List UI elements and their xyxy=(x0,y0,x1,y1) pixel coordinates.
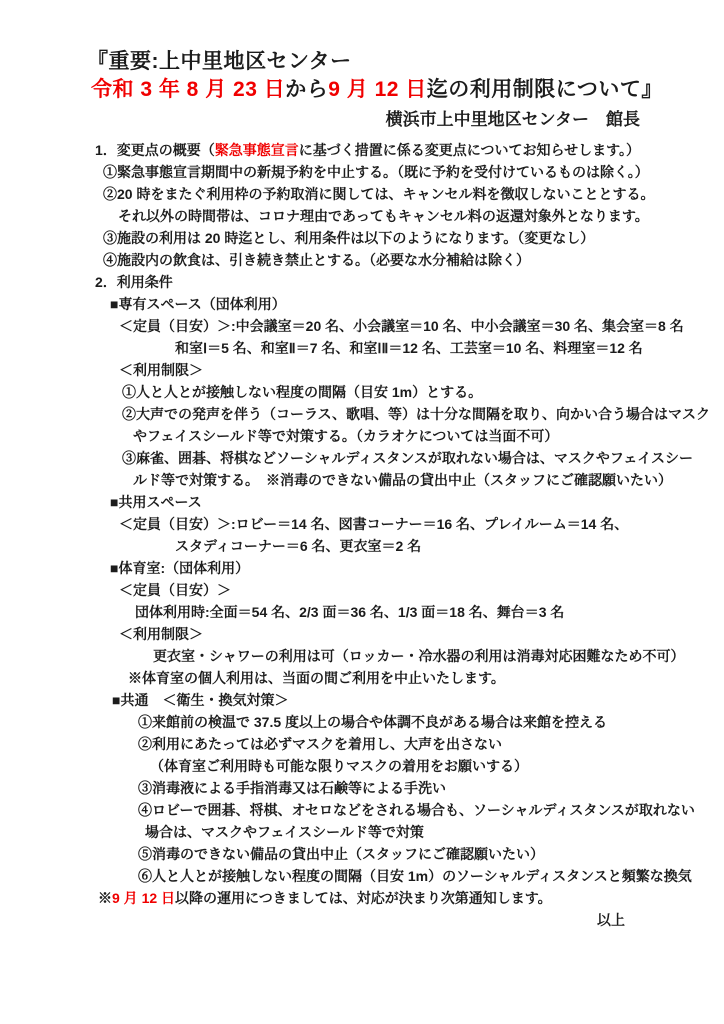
doc-line: ③消毒液による手指消毒又は石鹸等による手洗い xyxy=(138,777,640,799)
doc-line: 1．変更点の概要（緊急事態宣言に基づく措置に係る変更点についてお知らせします。） xyxy=(95,139,640,161)
text-segment: ＜利用制限＞ xyxy=(119,362,203,378)
text-segment: ※ xyxy=(98,890,112,906)
doc-line: ■専有スペース（団体利用） xyxy=(110,293,640,315)
text-segment: ②20 時をまたぐ利用枠の予約取消に関しては、キャンセル料を徴収しないこととする… xyxy=(103,186,654,202)
doc-line: ③麻雀、囲碁、将棋などソーシャルディスタンスが取れない場合は、マスクやフェイスシ… xyxy=(122,447,640,469)
text-segment: ④ロビーで囲碁、将棋、オセロなどをされる場合も、ソーシャルディスタンスが取れない xyxy=(138,802,695,818)
red-text-segment: 令和 3 年 8 月 23 日 xyxy=(91,78,285,101)
doc-line: （体育室ご利用時も可能な限りマスクの着用をお願いする） xyxy=(150,755,640,777)
doc-line: ②大声での発声を伴う（コーラス、歌唱、等）は十分な間隔を取り、向かい合う場合はマ… xyxy=(122,403,640,425)
doc-line: ①人と人とが接触しない程度の間隔（目安 1m）とする。 xyxy=(122,381,640,403)
text-segment: ④施設内の飲食は、引き続き禁止とする。（必要な水分補給は除く） xyxy=(103,252,530,268)
doc-line: 2．利用条件 xyxy=(95,271,640,293)
text-segment: ＜定員（目安）＞:中会議室＝20 名、小会議室＝10 名、中小会議室＝30 名、… xyxy=(119,318,684,334)
document-body: 1．変更点の概要（緊急事態宣言に基づく措置に係る変更点についてお知らせします。）… xyxy=(95,139,640,909)
text-segment: ⑥人と人とが接触しない程度の間隔（目安 1m）のソーシャルディスタンスと頻繁な換… xyxy=(138,868,692,884)
text-segment: ③麻雀、囲碁、将棋などソーシャルディスタンスが取れない場合は、マスクやフェイスシ… xyxy=(122,450,693,466)
text-segment: ■共通 ＜衛生・換気対策＞ xyxy=(112,692,288,708)
text-segment: ■専有スペース（団体利用） xyxy=(110,296,286,312)
document-title: 『重要:上中里地区センター 令和 3 年 8 月 23 日から9 月 12 日迄… xyxy=(95,48,640,105)
text-segment: に基づく措置に係る変更点についてお知らせします。） xyxy=(299,142,640,158)
text-segment: （体育室ご利用時も可能な限りマスクの着用をお願いする） xyxy=(150,758,528,774)
text-segment: ⑤消毒のできない備品の貸出中止（スタッフにご確認願いたい） xyxy=(138,846,544,862)
doc-line: ※体育室の個人利用は、当面の間ご利用を中止いたします。 xyxy=(128,667,640,689)
text-segment: 和室Ⅰ＝5 名、和室Ⅱ＝7 名、和室ⅠⅡ＝12 名、工芸室＝10 名、料理室＝1… xyxy=(175,340,643,356)
doc-line: 団体利用時:全面＝54 名、2/3 面＝36 名、1/3 面＝18 名、舞台＝3… xyxy=(135,601,640,623)
text-segment: 迄の利用制限について』 xyxy=(427,78,663,101)
text-segment: 2．利用条件 xyxy=(95,274,173,290)
doc-line: 更衣室・シャワーの利用は可（ロッカー・冷水器の利用は消毒対応困難なため不可） xyxy=(153,645,640,667)
text-segment: ＜定員（目安）＞:ロビー＝14 名、図書コーナー＝16 名、プレイルーム＝14 … xyxy=(119,516,628,532)
text-segment: 場合は、マスクやフェイスシールド等で対策 xyxy=(145,824,424,840)
red-text-segment: 9 月 12 日 xyxy=(328,78,427,101)
text-segment: ②利用にあたっては必ずマスクを着用し、大声を出さない xyxy=(138,736,502,752)
text-segment: ＜利用制限＞ xyxy=(119,626,203,642)
text-segment: ■共用スペース xyxy=(110,494,202,510)
doc-line: ■体育室:（団体利用） xyxy=(110,557,640,579)
doc-line: ④施設内の飲食は、引き続き禁止とする。（必要な水分補給は除く） xyxy=(103,249,640,271)
document-page: 『重要:上中里地区センター 令和 3 年 8 月 23 日から9 月 12 日迄… xyxy=(0,0,724,1024)
text-segment: 更衣室・シャワーの利用は可（ロッカー・冷水器の利用は消毒対応困難なため不可） xyxy=(153,648,684,664)
doc-line: ⑥人と人とが接触しない程度の間隔（目安 1m）のソーシャルディスタンスと頻繁な換… xyxy=(138,865,640,887)
doc-line: ＜定員（目安）＞ xyxy=(119,579,640,601)
doc-line: ⑤消毒のできない備品の貸出中止（スタッフにご確認願いたい） xyxy=(138,843,640,865)
document-content: 『重要:上中里地区センター 令和 3 年 8 月 23 日から9 月 12 日迄… xyxy=(95,48,640,931)
doc-line: それ以外の時間帯は、コロナ理由であってもキャンセル料の返還対象外となります。 xyxy=(118,205,640,227)
text-segment: ＜定員（目安）＞ xyxy=(119,582,231,598)
doc-line: ①来館前の検温で 37.5 度以上の場合や体調不良がある場合は来館を控える xyxy=(138,711,640,733)
text-segment: ■体育室:（団体利用） xyxy=(110,560,249,576)
text-segment: ①緊急事態宣言期間中の新規予約を中止する。（既に予約を受付けているものは除く。） xyxy=(103,164,649,180)
doc-line: ■共通 ＜衛生・換気対策＞ xyxy=(112,689,640,711)
text-segment: ルド等で対策する。 ※消毒のできない備品の貸出中止（スタッフにご確認願いたい） xyxy=(133,472,672,488)
text-segment: ②大声での発声を伴う（コーラス、歌唱、等）は十分な間隔を取り、向かい合う場合はマ… xyxy=(122,406,710,422)
doc-line: ④ロビーで囲碁、将棋、オセロなどをされる場合も、ソーシャルディスタンスが取れない xyxy=(138,799,640,821)
red-text-segment: 9 月 12 日 xyxy=(112,890,175,906)
doc-line: ＜定員（目安）＞:ロビー＝14 名、図書コーナー＝16 名、プレイルーム＝14 … xyxy=(119,513,640,535)
text-segment: ①来館前の検温で 37.5 度以上の場合や体調不良がある場合は来館を控える xyxy=(138,714,607,730)
doc-line: スタディコーナー＝6 名、更衣室＝2 名 xyxy=(175,535,640,557)
text-segment: ①人と人とが接触しない程度の間隔（目安 1m）とする。 xyxy=(122,384,482,400)
doc-line: ※9 月 12 日以降の運用につきましては、対応が決まり次第通知します。 xyxy=(98,887,640,909)
text-segment: ※体育室の個人利用は、当面の間ご利用を中止いたします。 xyxy=(128,670,505,686)
text-segment: やフェイスシールド等で対策する。（カラオケについては当面不可） xyxy=(133,428,558,444)
text-segment: 団体利用時:全面＝54 名、2/3 面＝36 名、1/3 面＝18 名、舞台＝3… xyxy=(135,604,564,620)
doc-line: ②利用にあたっては必ずマスクを着用し、大声を出さない xyxy=(138,733,640,755)
text-segment: スタディコーナー＝6 名、更衣室＝2 名 xyxy=(175,538,421,554)
doc-line: ルド等で対策する。 ※消毒のできない備品の貸出中止（スタッフにご確認願いたい） xyxy=(133,469,640,491)
doc-line: ＜定員（目安）＞:中会議室＝20 名、小会議室＝10 名、中小会議室＝30 名、… xyxy=(119,315,640,337)
doc-line: 和室Ⅰ＝5 名、和室Ⅱ＝7 名、和室ⅠⅡ＝12 名、工芸室＝10 名、料理室＝1… xyxy=(175,337,640,359)
doc-line: やフェイスシールド等で対策する。（カラオケについては当面不可） xyxy=(133,425,640,447)
red-text-segment: 緊急事態宣言 xyxy=(215,142,299,158)
doc-line: ■共用スペース xyxy=(110,491,640,513)
doc-line: ①緊急事態宣言期間中の新規予約を中止する。（既に予約を受付けているものは除く。） xyxy=(103,161,640,183)
title-line-2: 令和 3 年 8 月 23 日から9 月 12 日迄の利用制限について』 xyxy=(91,75,640,105)
doc-line: ②20 時をまたぐ利用枠の予約取消に関しては、キャンセル料を徴収しないこととする… xyxy=(103,183,640,205)
text-segment: ③施設の利用は 20 時迄とし、利用条件は以下のようになります。（変更なし） xyxy=(103,230,594,246)
text-segment: 1．変更点の概要（ xyxy=(95,142,215,158)
text-segment: ③消毒液による手指消毒又は石鹸等による手洗い xyxy=(138,780,446,796)
closing-line: 以上 xyxy=(95,909,640,931)
text-segment: 以降の運用につきましては、対応が決まり次第通知します。 xyxy=(175,890,552,906)
signature-line: 横浜市上中里地区センター 館長 xyxy=(95,108,640,132)
title-line-1: 『重要:上中里地区センター xyxy=(87,48,640,75)
doc-line: ＜利用制限＞ xyxy=(119,623,640,645)
text-segment: それ以外の時間帯は、コロナ理由であってもキャンセル料の返還対象外となります。 xyxy=(118,208,649,224)
doc-line: ③施設の利用は 20 時迄とし、利用条件は以下のようになります。（変更なし） xyxy=(103,227,640,249)
doc-line: 場合は、マスクやフェイスシールド等で対策 xyxy=(145,821,640,843)
doc-line: ＜利用制限＞ xyxy=(119,359,640,381)
text-segment: から xyxy=(285,78,328,101)
